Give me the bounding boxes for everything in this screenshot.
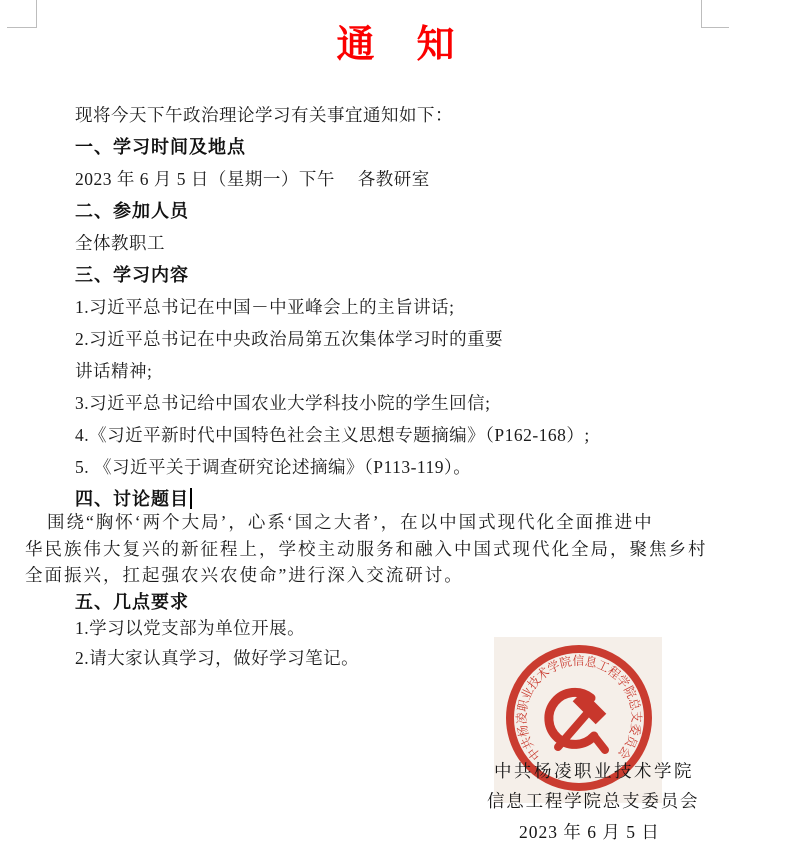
participants-line: 全体教职工 (75, 227, 735, 259)
section-heading-time-place: 一、学习时间及地点 (75, 131, 735, 163)
study-item-4: 4.《习近平新时代中国特色社会主义思想专题摘编》（P162-168）; (75, 419, 735, 451)
study-item-2-wrap: 讲话精神; (75, 355, 735, 387)
section-heading-participants: 二、参加人员 (75, 195, 735, 227)
document-body[interactable]: 现将今天下午政治理论学习有关事宜通知如下： 一、学习时间及地点 2023 年 6… (75, 99, 735, 674)
document-page: 通 知 现将今天下午政治理论学习有关事宜通知如下： 一、学习时间及地点 2023… (0, 0, 793, 848)
study-item-5: 5. 《习近平关于调查研究论述摘编》（P113-119）。 (75, 451, 735, 483)
signature-org-line-2: 信息工程学院总支委员会 (487, 788, 699, 813)
time-place-line: 2023 年 6 月 5 日（星期一）下午 各教研室 (75, 163, 735, 195)
study-item-1: 1.习近平总书记在中国－中亚峰会上的主旨讲话; (75, 291, 735, 323)
page-title: 通 知 (0, 22, 793, 68)
hammer-and-sickle-icon (549, 692, 605, 750)
discussion-line-2: 华民族伟大复兴的新征程上，学校主动服务和融入中国式现代化全局，聚焦乡村 (25, 536, 735, 563)
signature-org-line-1: 中共杨凌职业技术学院 (494, 758, 694, 783)
section-heading-discussion-label: 四、讨论题目 (75, 489, 189, 509)
discussion-line-3: 全面振兴，扛起强农兴农使命”进行深入交流研讨。 (25, 562, 735, 589)
requirement-1: 1.学习以党支部为单位开展。 (75, 615, 735, 642)
section-heading-requirements: 五、几点要求 (75, 589, 735, 616)
discussion-line-1: 围绕“胸怀‘两个大局’，心系‘国之大者’，在以中国式现代化全面推进中 (47, 509, 735, 536)
text-cursor (190, 488, 192, 509)
section-heading-content: 三、学习内容 (75, 259, 735, 291)
study-item-3: 3.习近平总书记给中国农业大学科技小院的学生回信; (75, 387, 735, 419)
intro-paragraph: 现将今天下午政治理论学习有关事宜通知如下： (75, 99, 735, 131)
study-item-2: 2.习近平总书记在中央政治局第五次集体学习时的重要 (75, 323, 735, 355)
signature-date: 2023 年 6 月 5 日 (519, 819, 660, 844)
requirement-2: 2.请大家认真学习，做好学习笔记。 (75, 642, 735, 674)
